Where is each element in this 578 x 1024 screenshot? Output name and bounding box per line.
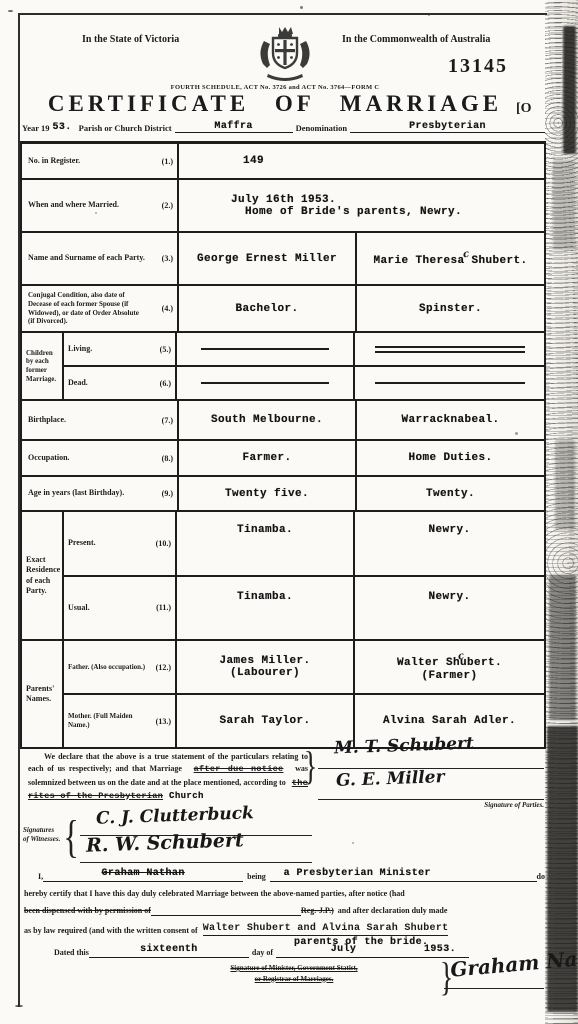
cert-line-4: as by law required (and with the written… — [24, 926, 198, 936]
dated-month: July — [331, 944, 357, 955]
minister-label-line-1: Signature of Minister, Government Statis… — [230, 964, 357, 972]
row-number: (13.) — [156, 717, 171, 726]
scan-speck — [8, 10, 13, 12]
row-occupation: Occupation. (8.) Farmer. Home Duties. — [22, 441, 544, 477]
declaration-paragraph: We declare that the above is a true stat… — [28, 751, 308, 804]
scan-blotch — [553, 160, 575, 250]
row-number: (6.) — [160, 379, 171, 388]
blank-entry — [375, 351, 525, 353]
row-number: (11.) — [156, 603, 171, 612]
row-number: (2.) — [162, 201, 173, 210]
row-number: (9.) — [162, 489, 173, 498]
cert-struck-2: Reg.-J.P.) — [301, 906, 334, 916]
signature-of-parties-label: Signature of Parties. — [424, 801, 544, 810]
scan-blotch — [549, 575, 576, 720]
group-label: Exact Residence of each Party. — [26, 555, 60, 597]
row-age: Age in years (last Birthday). (9.) Twent… — [22, 477, 544, 512]
year-value: 53. — [52, 122, 71, 133]
groom-father-occupation: (Labourer) — [230, 667, 300, 679]
cert-line-3: and after declaration duly made — [334, 906, 448, 916]
row-birthplace: Birthplace. (7.) South Melbourne. Warrac… — [22, 401, 544, 441]
declaration-insert-notice: after due notice — [186, 764, 292, 774]
row-number: (7.) — [162, 416, 173, 425]
row-number: (3.) — [162, 254, 173, 263]
dated-label-2: day of — [249, 948, 276, 958]
row-number: (8.) — [162, 454, 173, 463]
scan-speck — [428, 14, 430, 16]
blank-entry — [375, 382, 525, 384]
row-children-living: Living. (5.) — [64, 333, 544, 365]
group-label: Children by each former Marriage. — [26, 349, 60, 384]
row-label: Living. — [68, 344, 92, 354]
row-parents: Parents' Names. Father. (Also occupation… — [22, 641, 544, 747]
row-label: Conjugal Condition, also date of Decease… — [28, 291, 146, 326]
scan-speck — [300, 6, 303, 9]
parish-label: Parish or Church District — [79, 123, 172, 133]
bride-father: Walter Shubert. — [397, 657, 502, 669]
row-label: When and where Married. — [28, 200, 119, 210]
group-label: Parents' Names. — [26, 684, 60, 705]
year-line: Year 19 53. Parish or Church District Ma… — [22, 120, 545, 133]
row-number: (4.) — [162, 304, 173, 313]
row-conjugal: Conjugal Condition, also date of Decease… — [22, 286, 544, 333]
consent-names: Walter Shubert and Alvina Sarah Shubert — [203, 923, 449, 937]
row-number: (10.) — [156, 539, 171, 548]
handwritten-correction: c — [462, 248, 470, 260]
row-names: Name and Surname of each Party. (3.) Geo… — [22, 233, 544, 286]
bride-condition: Spinster. — [419, 303, 482, 315]
row-label: Father. (Also occupation.) — [68, 663, 145, 672]
groom-occupation: Farmer. — [242, 452, 291, 464]
row-father: Father. (Also occupation.) (12.) James M… — [64, 641, 544, 693]
scan-speck — [62, 930, 64, 932]
row-label: Birthplace. — [28, 415, 66, 425]
minister-role-typed: a Presbyterian Minister — [284, 868, 431, 879]
signature-line — [80, 862, 312, 863]
groom-name: George Ernest Miller — [197, 253, 337, 265]
certificate-number: 13145 — [448, 55, 508, 78]
party-signature-2: G. E. Miller — [336, 767, 445, 791]
groom-birthplace: South Melbourne. — [211, 414, 323, 426]
scan-speck — [160, 100, 162, 102]
married-date: July 16th 1953. — [231, 194, 544, 206]
minister-label-line-2: or Registrar of Marriages. — [255, 975, 334, 983]
scan-speck — [515, 432, 518, 435]
row-residence: Exact Residence of each Party. Present. … — [22, 512, 544, 641]
certificate-table: No. in Register. (1.) 149 When and where… — [20, 141, 546, 749]
bride-birthplace: Warracknabeal. — [401, 414, 499, 426]
row-label: No. in Register. — [28, 156, 80, 166]
corner-mark: [O — [516, 101, 532, 117]
scan-speck — [95, 212, 97, 214]
bride-father-occupation: (Farmer) — [421, 670, 477, 682]
married-place: Home of Bride's parents, Newry. — [245, 206, 544, 218]
bride-age: Twenty. — [426, 488, 475, 500]
page-title: CERTIFICATE OF MARRIAGE — [30, 91, 520, 117]
coat-of-arms-icon — [252, 24, 318, 82]
groom-age: Twenty five. — [225, 488, 309, 500]
row-label: Occupation. — [28, 453, 70, 463]
handwritten-correction: c — [457, 651, 465, 663]
binding-edge — [545, 0, 578, 1024]
minister-name-typed: Graham Nathan — [102, 868, 185, 879]
groom-condition: Bachelor. — [235, 303, 298, 315]
row-residence-usual: Usual. (11.) Tinamba. Newry. — [64, 575, 544, 640]
signature-line — [318, 799, 544, 800]
commonwealth-line: In the Commonwealth of Australia — [342, 34, 490, 45]
groom-residence-present: Tinamba. — [237, 524, 293, 536]
bride-mother: Alvina Sarah Adler. — [383, 715, 516, 727]
groom-residence-usual: Tinamba. — [237, 591, 293, 603]
blank-entry — [201, 382, 329, 384]
cert-do: do — [537, 872, 545, 882]
row-children-dead: Dead. (6.) — [64, 365, 544, 399]
groom-father: James Miller. — [219, 655, 310, 667]
bride-occupation: Home Duties. — [408, 452, 492, 464]
certificate-page: In the State of Victoria In the Commonwe… — [0, 0, 578, 1024]
declaration-text-3: Church — [169, 791, 204, 801]
state-line: In the State of Victoria — [82, 34, 179, 45]
row-when-where: When and where Married. (2.) July 16th 1… — [22, 180, 544, 233]
cert-struck-1: been dispensed with by permission of — [24, 906, 151, 916]
bride-name: Marie Theresa Shubert. — [373, 255, 527, 267]
row-label: Mother. (Full Maiden Name.) — [68, 712, 156, 730]
row-label: Dead. — [68, 378, 88, 388]
signature-line — [444, 988, 544, 989]
parish-value: Maffra — [214, 121, 252, 132]
schedule-line: FOURTH SCHEDULE, ACT No. 3726 and ACT No… — [120, 84, 430, 91]
row-children: Children by each former Marriage. Living… — [22, 333, 544, 401]
minister-signature-label: Signature of Minister, Government Statis… — [150, 963, 438, 984]
dated-day: sixteenth — [140, 944, 198, 955]
cert-line-2: hereby certify that I have this day duly… — [24, 889, 405, 899]
row-number: (5.) — [160, 345, 171, 354]
scan-speck — [15, 1005, 23, 1007]
declaration-brace: } — [304, 742, 317, 789]
register-value: 149 — [243, 155, 544, 167]
blank-entry — [375, 346, 525, 348]
row-label: Usual. — [68, 603, 90, 613]
denomination-value: Presbyterian — [409, 121, 486, 132]
scan-blotch — [555, 440, 575, 530]
row-residence-present: Present. (10.) Tinamba. Newry. — [64, 512, 544, 575]
year-label: Year 19 — [22, 123, 49, 133]
scan-blotch — [563, 26, 576, 154]
witnesses-label: Signatures of Witnesses. — [23, 826, 61, 844]
row-label: Age in years (last Birthday). — [28, 488, 124, 498]
row-label: Name and Surname of each Party. — [28, 253, 145, 263]
scan-speck — [352, 842, 354, 844]
groom-mother: Sarah Taylor. — [219, 715, 310, 727]
blank-entry — [201, 348, 329, 350]
witnesses-brace: { — [63, 810, 78, 863]
denomination-label: Denomination — [296, 123, 347, 133]
cert-being: being — [243, 872, 270, 882]
row-number: (12.) — [156, 663, 171, 672]
row-label: Present. — [68, 538, 96, 548]
bride-residence-present: Newry. — [428, 524, 470, 536]
dated-label-1: Dated this — [54, 948, 89, 958]
bride-residence-usual: Newry. — [428, 591, 470, 603]
row-register: No. in Register. (1.) 149 — [22, 144, 544, 180]
row-number: (1.) — [162, 157, 173, 166]
